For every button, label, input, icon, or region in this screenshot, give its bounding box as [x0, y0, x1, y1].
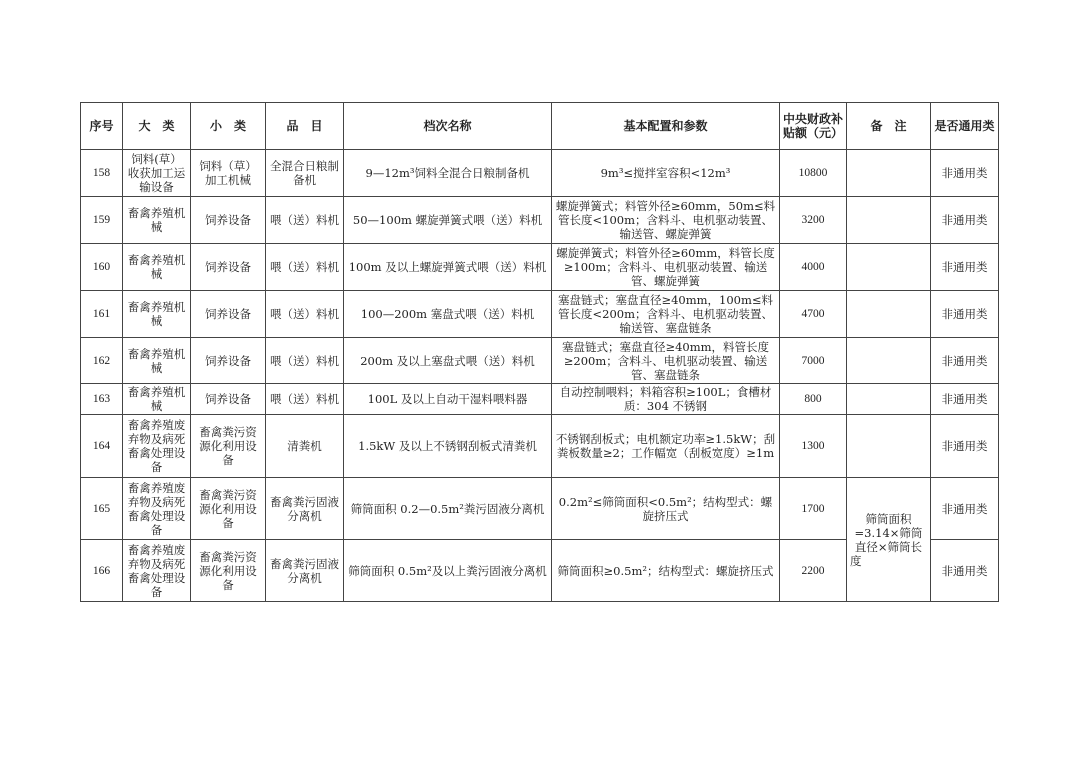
cell-grade: 50—100m 螺旋弹簧式喂（送）料机 — [344, 197, 552, 244]
cell-major: 畜禽养殖机械 — [123, 197, 191, 244]
cell-minor: 畜禽粪污资源化利用设备 — [191, 540, 266, 602]
cell-item: 喂（送）料机 — [266, 338, 344, 384]
cell-major: 畜禽养殖废弃物及病死畜禽处理设备 — [123, 540, 191, 602]
cell-seq: 162 — [81, 338, 123, 384]
cell-general: 非通用类 — [931, 150, 999, 197]
cell-subsidy: 800 — [780, 384, 847, 415]
cell-seq: 160 — [81, 244, 123, 291]
cell-seq: 161 — [81, 291, 123, 338]
cell-subsidy: 4700 — [780, 291, 847, 338]
cell-remark — [847, 384, 931, 415]
header-config-params: 基本配置和参数 — [552, 103, 780, 150]
cell-grade: 筛筒面积 0.2—0.5m²粪污固液分离机 — [344, 478, 552, 540]
header-seq: 序号 — [81, 103, 123, 150]
cell-item: 全混合日粮制备机 — [266, 150, 344, 197]
cell-item: 喂（送）料机 — [266, 291, 344, 338]
cell-minor: 饲养设备 — [191, 291, 266, 338]
cell-grade: 9—12m³饲料全混合日粮制备机 — [344, 150, 552, 197]
cell-remark — [847, 338, 931, 384]
header-minor-category: 小 类 — [191, 103, 266, 150]
table-row: 160 畜禽养殖机械 饲养设备 喂（送）料机 100m 及以上螺旋弹簧式喂（送）… — [81, 244, 999, 291]
cell-general: 非通用类 — [931, 197, 999, 244]
cell-minor: 饲养设备 — [191, 384, 266, 415]
cell-general: 非通用类 — [931, 415, 999, 478]
cell-general: 非通用类 — [931, 244, 999, 291]
cell-grade: 100L 及以上自动干湿料喂料器 — [344, 384, 552, 415]
cell-item: 喂（送）料机 — [266, 244, 344, 291]
header-major-category: 大 类 — [123, 103, 191, 150]
cell-general: 非通用类 — [931, 291, 999, 338]
cell-major: 畜禽养殖机械 — [123, 291, 191, 338]
cell-general: 非通用类 — [931, 540, 999, 602]
cell-subsidy: 1700 — [780, 478, 847, 540]
table-row: 165 畜禽养殖废弃物及病死畜禽处理设备 畜禽粪污资源化利用设备 畜禽粪污固液分… — [81, 478, 999, 540]
cell-grade: 200m 及以上塞盘式喂（送）料机 — [344, 338, 552, 384]
cell-item: 畜禽粪污固液分离机 — [266, 540, 344, 602]
header-item: 品 目 — [266, 103, 344, 150]
cell-subsidy: 10800 — [780, 150, 847, 197]
cell-subsidy: 3200 — [780, 197, 847, 244]
cell-item: 清粪机 — [266, 415, 344, 478]
cell-config: 0.2m²≤筛筒面积<0.5m²；结构型式：螺旋挤压式 — [552, 478, 780, 540]
cell-minor: 饲养设备 — [191, 338, 266, 384]
table-row: 159 畜禽养殖机械 饲养设备 喂（送）料机 50—100m 螺旋弹簧式喂（送）… — [81, 197, 999, 244]
cell-general: 非通用类 — [931, 384, 999, 415]
cell-subsidy: 4000 — [780, 244, 847, 291]
table-row: 158 饲料(草）收获加工运输设备 饲料（草）加工机械 全混合日粮制备机 9—1… — [81, 150, 999, 197]
cell-config: 塞盘链式；塞盘直径≥40mm，料管长度≥200m；含料斗、电机驱动装置、输送管、… — [552, 338, 780, 384]
cell-general: 非通用类 — [931, 338, 999, 384]
cell-minor: 饲养设备 — [191, 244, 266, 291]
table-row: 163 畜禽养殖机械 饲养设备 喂（送）料机 100L 及以上自动干湿料喂料器 … — [81, 384, 999, 415]
cell-remark — [847, 150, 931, 197]
cell-major: 畜禽养殖废弃物及病死畜禽处理设备 — [123, 478, 191, 540]
header-remark: 备 注 — [847, 103, 931, 150]
cell-config: 9m³≤搅拌室容积<12m³ — [552, 150, 780, 197]
cell-item: 喂（送）料机 — [266, 384, 344, 415]
cell-config: 螺旋弹簧式；料管外径≥60mm，50m≤料管长度<100m；含料斗、电机驱动装置… — [552, 197, 780, 244]
cell-minor: 饲养设备 — [191, 197, 266, 244]
cell-config: 不锈钢刮板式；电机额定功率≥1.5kW；刮粪板数量≥2；工作幅宽（刮板宽度）≥1… — [552, 415, 780, 478]
cell-major: 饲料(草）收获加工运输设备 — [123, 150, 191, 197]
cell-subsidy: 2200 — [780, 540, 847, 602]
cell-item: 喂（送）料机 — [266, 197, 344, 244]
cell-seq: 158 — [81, 150, 123, 197]
cell-general: 非通用类 — [931, 478, 999, 540]
cell-minor: 饲料（草）加工机械 — [191, 150, 266, 197]
table-header-row: 序号 大 类 小 类 品 目 档次名称 基本配置和参数 中央财政补贴额（元） 备… — [81, 103, 999, 150]
cell-subsidy: 1300 — [780, 415, 847, 478]
table-row: 161 畜禽养殖机械 饲养设备 喂（送）料机 100—200m 塞盘式喂（送）料… — [81, 291, 999, 338]
cell-seq: 159 — [81, 197, 123, 244]
cell-config: 螺旋弹簧式；料管外径≥60mm，料管长度≥100m；含料斗、电机驱动装置、输送管… — [552, 244, 780, 291]
cell-grade: 1.5kW 及以上不锈钢刮板式清粪机 — [344, 415, 552, 478]
cell-seq: 163 — [81, 384, 123, 415]
table-row: 162 畜禽养殖机械 饲养设备 喂（送）料机 200m 及以上塞盘式喂（送）料机… — [81, 338, 999, 384]
cell-remark — [847, 291, 931, 338]
cell-remark-merged: 筛筒面积=3.14×筛筒直径×筛筒长度 — [847, 478, 931, 602]
subsidy-table: 序号 大 类 小 类 品 目 档次名称 基本配置和参数 中央财政补贴额（元） 备… — [80, 102, 999, 602]
cell-seq: 165 — [81, 478, 123, 540]
table-row: 164 畜禽养殖废弃物及病死畜禽处理设备 畜禽粪污资源化利用设备 清粪机 1.5… — [81, 415, 999, 478]
header-grade-name: 档次名称 — [344, 103, 552, 150]
cell-seq: 166 — [81, 540, 123, 602]
header-general-type: 是否通用类 — [931, 103, 999, 150]
cell-config: 筛筒面积≥0.5m²；结构型式：螺旋挤压式 — [552, 540, 780, 602]
cell-grade: 筛筒面积 0.5m²及以上粪污固液分离机 — [344, 540, 552, 602]
cell-seq: 164 — [81, 415, 123, 478]
cell-minor: 畜禽粪污资源化利用设备 — [191, 415, 266, 478]
cell-major: 畜禽养殖机械 — [123, 338, 191, 384]
cell-grade: 100—200m 塞盘式喂（送）料机 — [344, 291, 552, 338]
cell-subsidy: 7000 — [780, 338, 847, 384]
cell-grade: 100m 及以上螺旋弹簧式喂（送）料机 — [344, 244, 552, 291]
cell-minor: 畜禽粪污资源化利用设备 — [191, 478, 266, 540]
cell-config: 自动控制喂料；料箱容积≥100L；食槽材质：304 不锈钢 — [552, 384, 780, 415]
cell-remark — [847, 244, 931, 291]
cell-major: 畜禽养殖机械 — [123, 384, 191, 415]
cell-remark — [847, 197, 931, 244]
cell-item: 畜禽粪污固液分离机 — [266, 478, 344, 540]
cell-config: 塞盘链式；塞盘直径≥40mm，100m≤料管长度<200m；含料斗、电机驱动装置… — [552, 291, 780, 338]
cell-major: 畜禽养殖废弃物及病死畜禽处理设备 — [123, 415, 191, 478]
cell-remark — [847, 415, 931, 478]
cell-major: 畜禽养殖机械 — [123, 244, 191, 291]
header-subsidy-amount: 中央财政补贴额（元） — [780, 103, 847, 150]
